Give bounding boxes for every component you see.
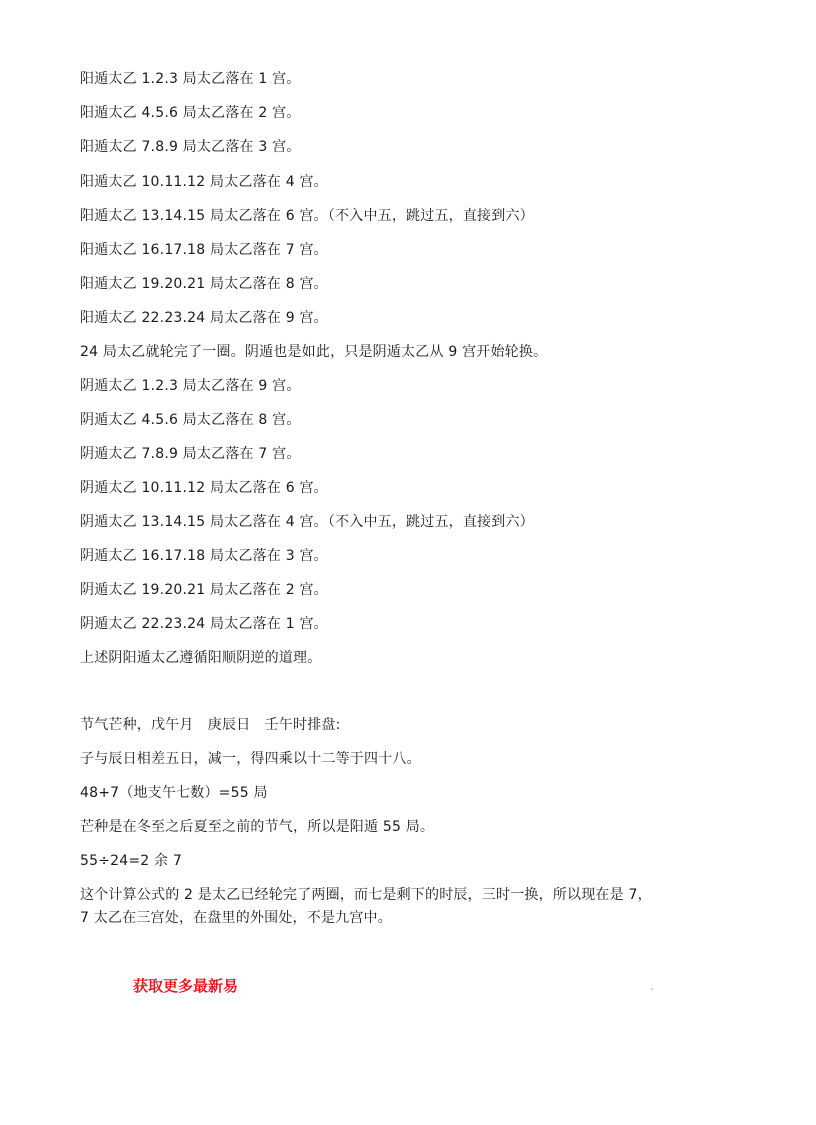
example-step-1: 子与辰日相差五日，减一，得四乘以十二等于四十八。 <box>80 750 421 768</box>
yang-rule-4: 阳遁太乙 10.11.12 局太乙落在 4 宫。 <box>80 173 328 191</box>
example-step-3: 芒种是在冬至之后夏至之前的节气，所以是阳遁 55 局。 <box>80 818 434 836</box>
yin-rule-8: 阴遁太乙 22.23.24 局太乙落在 1 宫。 <box>80 615 328 633</box>
yang-rule-7: 阳遁太乙 19.20.21 局太乙落在 8 宫。 <box>80 275 328 293</box>
promo-link[interactable]: 获取更多最新易 <box>133 975 238 996</box>
transition-paragraph: 24 局太乙就轮完了一圈。阴遁也是如此，只是阴遁太乙从 9 宫开始轮换。 <box>80 343 547 361</box>
summary-paragraph: 上述阴阳遁太乙遵循阳顺阴逆的道理。 <box>80 649 321 667</box>
yang-rule-8: 阳遁太乙 22.23.24 局太乙落在 9 宫。 <box>80 309 328 327</box>
example-explain-line-2: 7 太乙在三宫处，在盘里的外围处，不是九宫中。 <box>80 909 392 927</box>
yin-rule-3: 阴遁太乙 7.8.9 局太乙落在 7 宫。 <box>80 445 301 463</box>
yang-rule-2: 阳遁太乙 4.5.6 局太乙落在 2 宫。 <box>80 104 301 122</box>
yang-rule-3: 阳遁太乙 7.8.9 局太乙落在 3 宫。 <box>80 138 301 156</box>
example-heading: 节气芒种，戊午月 庚辰日 壬午时排盘: <box>80 716 341 734</box>
yang-rule-6: 阳遁太乙 16.17.18 局太乙落在 7 宫。 <box>80 241 328 259</box>
yin-rule-1: 阴遁太乙 1.2.3 局太乙落在 9 宫。 <box>80 377 301 395</box>
example-step-2: 48+7（地支午七数）=55 局 <box>80 784 268 802</box>
yang-rule-1: 阳遁太乙 1.2.3 局太乙落在 1 宫。 <box>80 70 301 88</box>
example-explain-line-1: 这个计算公式的 2 是太乙已经轮完了两圈，而七是剩下的时辰，三时一换，所以现在是… <box>80 886 652 904</box>
yang-rule-5: 阳遁太乙 13.14.15 局太乙落在 6 宫。（不入中五，跳过五，直接到六） <box>80 207 534 225</box>
document-page: 阳遁太乙 1.2.3 局太乙落在 1 宫。 阳遁太乙 4.5.6 局太乙落在 2… <box>0 0 816 1125</box>
yin-rule-2: 阴遁太乙 4.5.6 局太乙落在 8 宫。 <box>80 411 301 429</box>
yin-rule-6: 阴遁太乙 16.17.18 局太乙落在 3 宫。 <box>80 547 328 565</box>
example-step-4: 55÷24=2 余 7 <box>80 852 182 870</box>
yin-rule-5: 阴遁太乙 13.14.15 局太乙落在 4 宫。（不入中五，跳过五，直接到六） <box>80 513 534 531</box>
yin-rule-4: 阴遁太乙 10.11.12 局太乙落在 6 宫。 <box>80 479 328 497</box>
yin-rule-7: 阴遁太乙 19.20.21 局太乙落在 2 宫。 <box>80 581 328 599</box>
artifact-dot <box>651 988 653 990</box>
